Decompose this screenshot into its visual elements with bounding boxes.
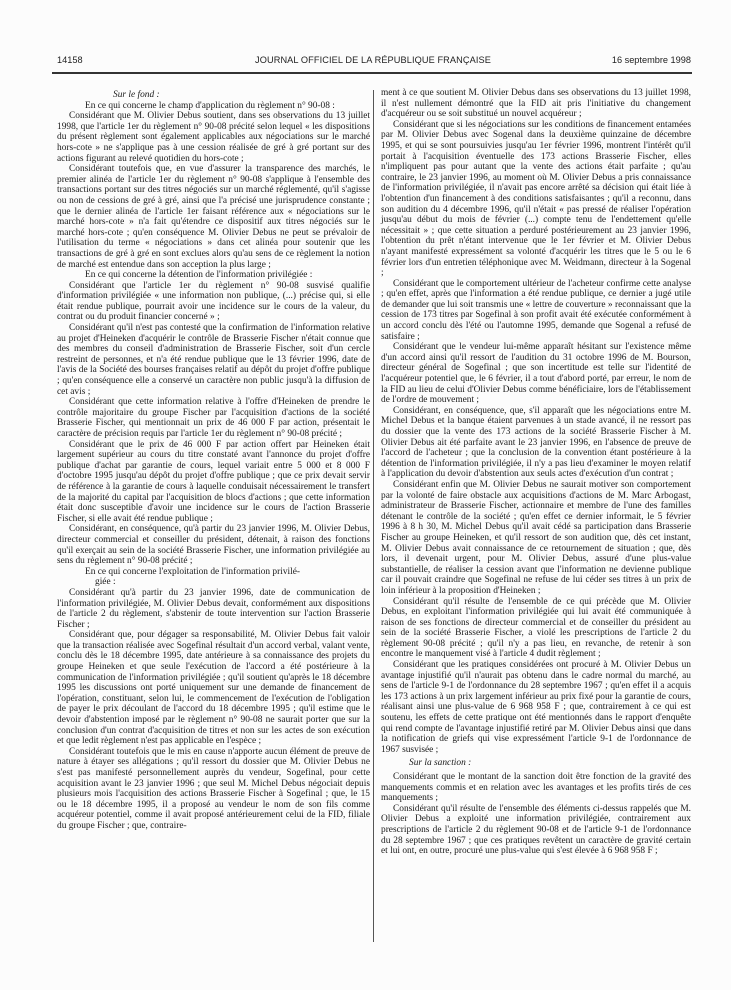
paragraph: Considérant que l'article 1er du règleme… — [57, 281, 370, 323]
paragraph: Considérant que les pratiques considérée… — [381, 660, 691, 755]
section-exploitation: En ce qui concerne l'exploitation de l'i… — [57, 567, 370, 588]
section-detention: En ce qui concerne la détention de l'inf… — [57, 270, 370, 281]
paragraph: Considérant que le montant de la sanctio… — [381, 772, 691, 804]
journal-title: JOURNAL OFFICIEL DE LA RÉPUBLIQUE FRANÇA… — [55, 55, 691, 65]
header-rule — [52, 72, 692, 74]
paragraph: Considérant, en conséquence, que, s'il a… — [381, 406, 691, 480]
section-champ-application: En ce qui concerne le champ d'applicatio… — [57, 101, 370, 112]
heading-sur-la-sanction: Sur la sanction : — [381, 758, 691, 769]
section-exploitation-line2: giée : — [85, 577, 370, 588]
paragraph: Considérant qu'il n'est pas contesté que… — [57, 323, 370, 397]
paragraph: Considérant toutefois que, en vue d'assu… — [57, 164, 370, 270]
paragraph: Considérant toutefois que le mis en caus… — [57, 747, 370, 832]
paragraph: Considérant qu'il résulte de l'ensemble … — [381, 804, 691, 857]
section-exploitation-line1: En ce qui concerne l'exploitation de l'i… — [85, 567, 300, 577]
paragraph: Considérant, en conséquence, qu'à partir… — [57, 524, 370, 566]
heading-sur-le-fond: Sur le fond : — [57, 90, 370, 101]
paragraph: Considérant que, pour dégager sa respons… — [57, 630, 370, 747]
column-divider — [373, 90, 374, 942]
right-column: ment à ce que soutient M. Olivier Debus … — [381, 88, 691, 857]
paragraph: Considérant que si les négociations sur … — [381, 120, 691, 279]
paragraph: Considérant enfin que M. Olivier Debus n… — [381, 480, 691, 597]
left-column: Sur le fond : En ce qui concerne le cham… — [57, 90, 370, 832]
paragraph: Considérant que cette information relati… — [57, 397, 370, 439]
publication-date: 16 septembre 1998 — [612, 55, 691, 65]
paragraph: Considérant qu'il résulte de l'ensemble … — [381, 597, 691, 661]
paragraph-continuation: ment à ce que soutient M. Olivier Debus … — [381, 88, 691, 120]
paragraph: Considérant que M. Olivier Debus soutien… — [57, 111, 370, 164]
paragraph: Considérant que le comportement ultérieu… — [381, 279, 691, 343]
paragraph: Considérant que le prix de 46 000 F par … — [57, 440, 370, 525]
paragraph: Considérant qu'à partir du 23 janvier 19… — [57, 588, 370, 630]
paragraph: Considérant que le vendeur lui-même appa… — [381, 342, 691, 406]
page-header: 14158 JOURNAL OFFICIEL DE LA RÉPUBLIQUE … — [55, 54, 691, 68]
